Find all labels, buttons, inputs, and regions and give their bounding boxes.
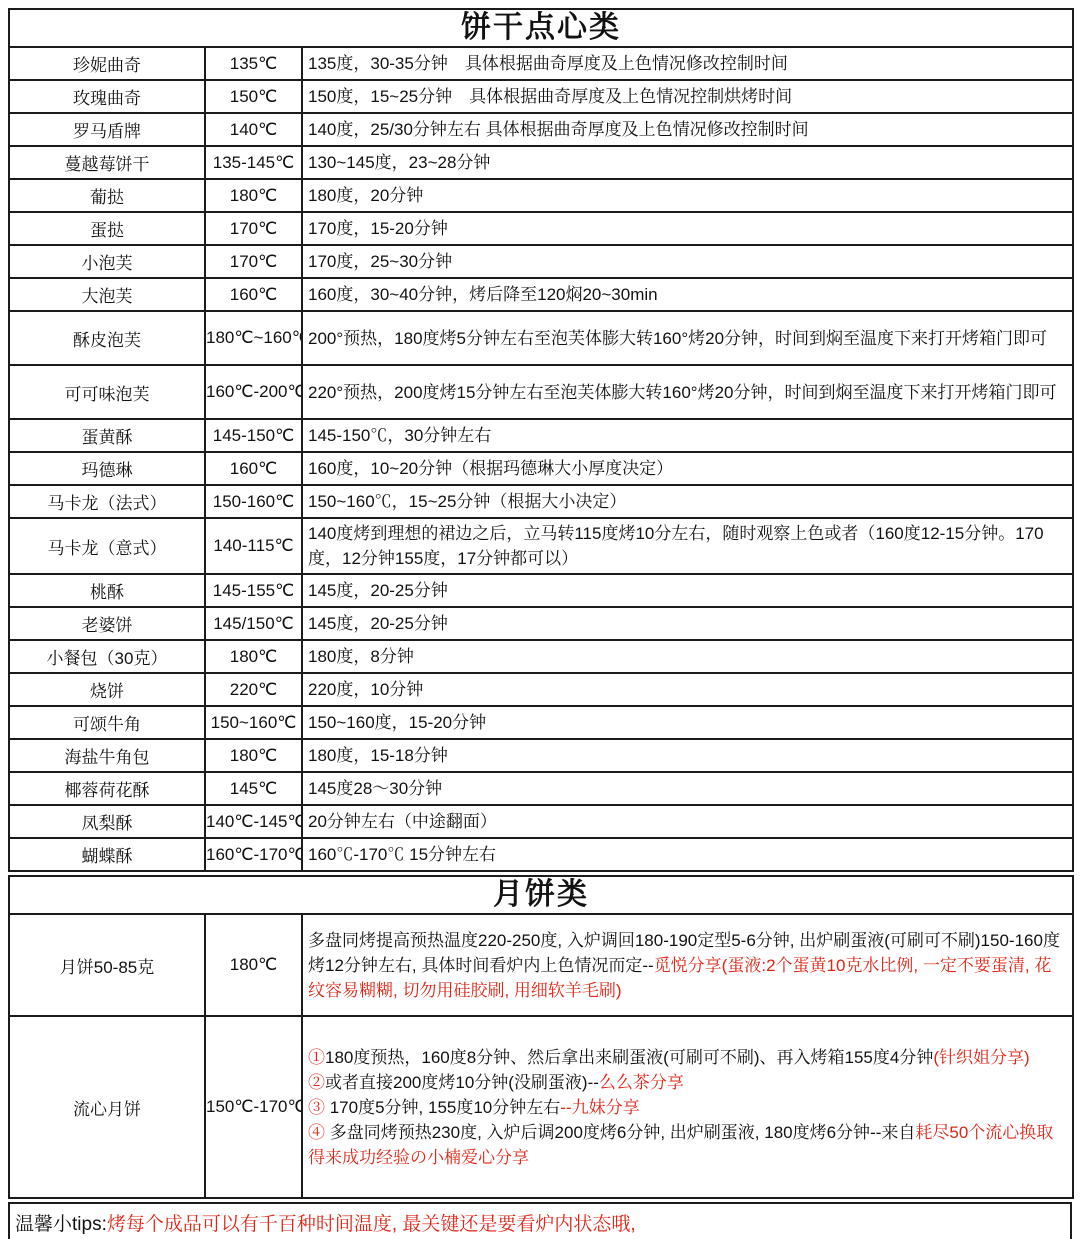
- product-name-cell: 烧饼: [9, 673, 205, 706]
- instructions-cell: 140度，25/30分钟左右 具体根据曲奇厚度及上色情况修改控制时间: [302, 113, 1073, 146]
- table-row: 小餐包（30克）180℃180度，8分钟: [9, 640, 1073, 673]
- temperature-cell: 180℃: [205, 640, 302, 673]
- temperature-cell: 145℃: [205, 772, 302, 805]
- instructions-cell: ①180度预热，160度8分钟、然后拿出来刷蛋液(可刷可不刷)、再入烤箱155度…: [302, 1016, 1073, 1198]
- temperature-cell: 180℃: [205, 739, 302, 772]
- instructions-cell: 140度烤到理想的裙边之后，立马转115度烤10分左右，随时观察上色或者（160…: [302, 518, 1073, 574]
- instructions-text: 180度预热，160度8分钟、然后拿出来刷蛋液(可刷可不刷)、再入烤箱155度4…: [325, 1048, 933, 1067]
- instructions-cell: 160℃-170℃ 15分钟左右: [302, 838, 1073, 871]
- table-row: 马卡龙（法式）150-160℃150~160℃，15~25分钟（根据大小决定）: [9, 485, 1073, 518]
- product-name-cell: 海盐牛角包: [9, 739, 205, 772]
- instructions-cell: 145度，20-25分钟: [302, 607, 1073, 640]
- product-name-cell: 凤梨酥: [9, 805, 205, 838]
- biscuit-pastry-table: 饼干点心类 珍妮曲奇135℃135度，30-35分钟 具体根据曲奇厚度及上色情况…: [8, 8, 1074, 872]
- temperature-cell: 150℃: [205, 80, 302, 113]
- product-name-cell: 小泡芙: [9, 245, 205, 278]
- instructions-cell: 130~145度，23~28分钟: [302, 146, 1073, 179]
- temperature-cell: 150℃-170℃: [205, 1016, 302, 1198]
- instructions-cell: 150度，15~25分钟 具体根据曲奇厚度及上色情况控制烘烤时间: [302, 80, 1073, 113]
- temperature-cell: 160℃: [205, 278, 302, 311]
- table-row: 蛋黄酥145-150℃145-150℃，30分钟左右: [9, 419, 1073, 452]
- temperature-cell: 180℃: [205, 179, 302, 212]
- tips-bar: 温馨小tips:烤每个成品可以有千百种时间温度, 最关键还是要看炉内状态哦,: [8, 1202, 1072, 1239]
- instructions-cell: 145度28～30分钟: [302, 772, 1073, 805]
- product-name-cell: 玫瑰曲奇: [9, 80, 205, 113]
- table-row: 蔓越莓饼干135-145℃130~145度，23~28分钟: [9, 146, 1073, 179]
- product-name-cell: 可可味泡芙: [9, 365, 205, 419]
- instructions-cell: 180度，15-18分钟: [302, 739, 1073, 772]
- table-row: 老婆饼145/150℃145度，20-25分钟: [9, 607, 1073, 640]
- instructions-text: 多盘同烤预热230度, 入炉后调200度烤6分钟, 出炉刷蛋液, 180度烤6分…: [325, 1123, 915, 1142]
- table-row: 月饼50-85克 180℃ 多盘同烤提高预热温度220-250度, 入炉调回18…: [9, 914, 1073, 1016]
- temperature-cell: 170℃: [205, 245, 302, 278]
- product-name-cell: 流心月饼: [9, 1016, 205, 1198]
- instructions-highlight: --九妹分享: [560, 1098, 639, 1117]
- product-name-cell: 蛋黄酥: [9, 419, 205, 452]
- table-row: 珍妮曲奇135℃135度，30-35分钟 具体根据曲奇厚度及上色情况修改控制时间: [9, 47, 1073, 80]
- temperature-cell: 180℃: [205, 914, 302, 1016]
- table-row: 大泡芙160℃160度，30~40分钟，烤后降至120焖20~30min: [9, 278, 1073, 311]
- table-row: 蝴蝶酥160℃-170℃160℃-170℃ 15分钟左右: [9, 838, 1073, 871]
- temperature-cell: 135-145℃: [205, 146, 302, 179]
- temperature-cell: 150~160℃: [205, 706, 302, 739]
- temperature-cell: 150-160℃: [205, 485, 302, 518]
- instructions-highlight: (针织姐分享): [933, 1048, 1029, 1067]
- instruction-line: ①180度预热，160度8分钟、然后拿出来刷蛋液(可刷可不刷)、再入烤箱155度…: [308, 1045, 1067, 1070]
- temperature-cell: 145-150℃: [205, 419, 302, 452]
- baking-temperature-sheet: 饼干点心类 珍妮曲奇135℃135度，30-35分钟 具体根据曲奇厚度及上色情况…: [8, 8, 1072, 1239]
- table-row: 蛋挞170℃170度，15-20分钟: [9, 212, 1073, 245]
- instructions-cell: 160度，30~40分钟，烤后降至120焖20~30min: [302, 278, 1073, 311]
- table-row: 罗马盾牌140℃140度，25/30分钟左右 具体根据曲奇厚度及上色情况修改控制…: [9, 113, 1073, 146]
- product-name-cell: 罗马盾牌: [9, 113, 205, 146]
- instructions-cell: 180度，8分钟: [302, 640, 1073, 673]
- instructions-cell: 20分钟左右（中途翻面）: [302, 805, 1073, 838]
- product-name-cell: 马卡龙（意式）: [9, 518, 205, 574]
- product-name-cell: 大泡芙: [9, 278, 205, 311]
- product-name-cell: 玛德琳: [9, 452, 205, 485]
- instructions-cell: 220°预热，200度烤15分钟左右至泡芙体膨大转160°烤20分钟，时间到焖至…: [302, 365, 1073, 419]
- table-row: 凤梨酥140℃-145℃20分钟左右（中途翻面）: [9, 805, 1073, 838]
- instructions-cell: 200°预热，180度烤5分钟左右至泡芙体膨大转160°烤20分钟，时间到焖至温…: [302, 311, 1073, 365]
- temperature-cell: 140℃: [205, 113, 302, 146]
- product-name-cell: 葡挞: [9, 179, 205, 212]
- instruction-line: ②或者直接200度烤10分钟(没刷蛋液)--么么茶分享: [308, 1070, 1067, 1095]
- section-title-mooncakes: 月饼类: [9, 876, 1073, 914]
- table-row: 椰蓉荷花酥145℃145度28～30分钟: [9, 772, 1073, 805]
- instructions-cell: 170度，15-20分钟: [302, 212, 1073, 245]
- table-row: 葡挞180℃180度，20分钟: [9, 179, 1073, 212]
- tips-label: 温馨小tips:: [15, 1209, 107, 1236]
- line-marker: ①: [308, 1048, 325, 1067]
- product-name-cell: 蝴蝶酥: [9, 838, 205, 871]
- tips-text: 烤每个成品可以有千百种时间温度, 最关键还是要看炉内状态哦,: [107, 1209, 636, 1236]
- instructions-cell: 135度，30-35分钟 具体根据曲奇厚度及上色情况修改控制时间: [302, 47, 1073, 80]
- product-name-cell: 蔓越莓饼干: [9, 146, 205, 179]
- instructions-cell: 180度，20分钟: [302, 179, 1073, 212]
- instructions-cell: 220度，10分钟: [302, 673, 1073, 706]
- instructions-highlight: 么么茶分享: [599, 1073, 684, 1092]
- instructions-cell: 145度，20-25分钟: [302, 574, 1073, 607]
- instructions-cell: 150~160度，15-20分钟: [302, 706, 1073, 739]
- line-marker: ③: [308, 1098, 325, 1117]
- instruction-line: ④ 多盘同烤预热230度, 入炉后调200度烤6分钟, 出炉刷蛋液, 180度烤…: [308, 1120, 1067, 1170]
- table-row: 酥皮泡芙180℃~160℃200°预热，180度烤5分钟左右至泡芙体膨大转160…: [9, 311, 1073, 365]
- instructions-cell: 170度，25~30分钟: [302, 245, 1073, 278]
- product-name-cell: 老婆饼: [9, 607, 205, 640]
- table-row: 马卡龙（意式）140-115℃140度烤到理想的裙边之后，立马转115度烤10分…: [9, 518, 1073, 574]
- table-row: 桃酥145-155℃145度，20-25分钟: [9, 574, 1073, 607]
- table-row: 可可味泡芙160℃-200℃220°预热，200度烤15分钟左右至泡芙体膨大转1…: [9, 365, 1073, 419]
- product-name-cell: 椰蓉荷花酥: [9, 772, 205, 805]
- product-name-cell: 小餐包（30克）: [9, 640, 205, 673]
- product-name-cell: 蛋挞: [9, 212, 205, 245]
- instruction-line: ③ 170度5分钟, 155度10分钟左右--九妹分享: [308, 1095, 1067, 1120]
- temperature-cell: 145-155℃: [205, 574, 302, 607]
- temperature-cell: 180℃~160℃: [205, 311, 302, 365]
- table-row: 玫瑰曲奇150℃150度，15~25分钟 具体根据曲奇厚度及上色情况控制烘烤时间: [9, 80, 1073, 113]
- temperature-cell: 140℃-145℃: [205, 805, 302, 838]
- instructions-cell: 多盘同烤提高预热温度220-250度, 入炉调回180-190定型5-6分钟, …: [302, 914, 1073, 1016]
- table-row: 海盐牛角包180℃180度，15-18分钟: [9, 739, 1073, 772]
- product-name-cell: 桃酥: [9, 574, 205, 607]
- section-header-row: 月饼类: [9, 876, 1073, 914]
- line-marker: ④: [308, 1123, 325, 1142]
- mooncake-table: 月饼类 月饼50-85克 180℃ 多盘同烤提高预热温度220-250度, 入炉…: [8, 875, 1074, 1199]
- temperature-cell: 135℃: [205, 47, 302, 80]
- product-name-cell: 月饼50-85克: [9, 914, 205, 1016]
- temperature-cell: 160℃: [205, 452, 302, 485]
- temperature-cell: 170℃: [205, 212, 302, 245]
- line-marker: ②: [308, 1073, 325, 1092]
- temperature-cell: 140-115℃: [205, 518, 302, 574]
- instructions-text: 170度5分钟, 155度10分钟左右: [325, 1098, 560, 1117]
- instructions-cell: 150~160℃，15~25分钟（根据大小决定）: [302, 485, 1073, 518]
- table-row: 流心月饼 150℃-170℃ ①180度预热，160度8分钟、然后拿出来刷蛋液(…: [9, 1016, 1073, 1198]
- table-row: 小泡芙170℃170度，25~30分钟: [9, 245, 1073, 278]
- temperature-cell: 220℃: [205, 673, 302, 706]
- table-row: 玛德琳160℃160度，10~20分钟（根据玛德琳大小厚度决定）: [9, 452, 1073, 485]
- instructions-cell: 160度，10~20分钟（根据玛德琳大小厚度决定）: [302, 452, 1073, 485]
- temperature-cell: 145/150℃: [205, 607, 302, 640]
- table-row: 烧饼220℃220度，10分钟: [9, 673, 1073, 706]
- instructions-text: 或者直接200度烤10分钟(没刷蛋液)--: [325, 1073, 599, 1092]
- table-row: 可颂牛角150~160℃150~160度，15-20分钟: [9, 706, 1073, 739]
- product-name-cell: 马卡龙（法式）: [9, 485, 205, 518]
- product-name-cell: 酥皮泡芙: [9, 311, 205, 365]
- instructions-cell: 145-150℃，30分钟左右: [302, 419, 1073, 452]
- section-header-row: 饼干点心类: [9, 9, 1073, 47]
- section-title-biscuits: 饼干点心类: [9, 9, 1073, 47]
- product-name-cell: 珍妮曲奇: [9, 47, 205, 80]
- temperature-cell: 160℃-200℃: [205, 365, 302, 419]
- product-name-cell: 可颂牛角: [9, 706, 205, 739]
- temperature-cell: 160℃-170℃: [205, 838, 302, 871]
